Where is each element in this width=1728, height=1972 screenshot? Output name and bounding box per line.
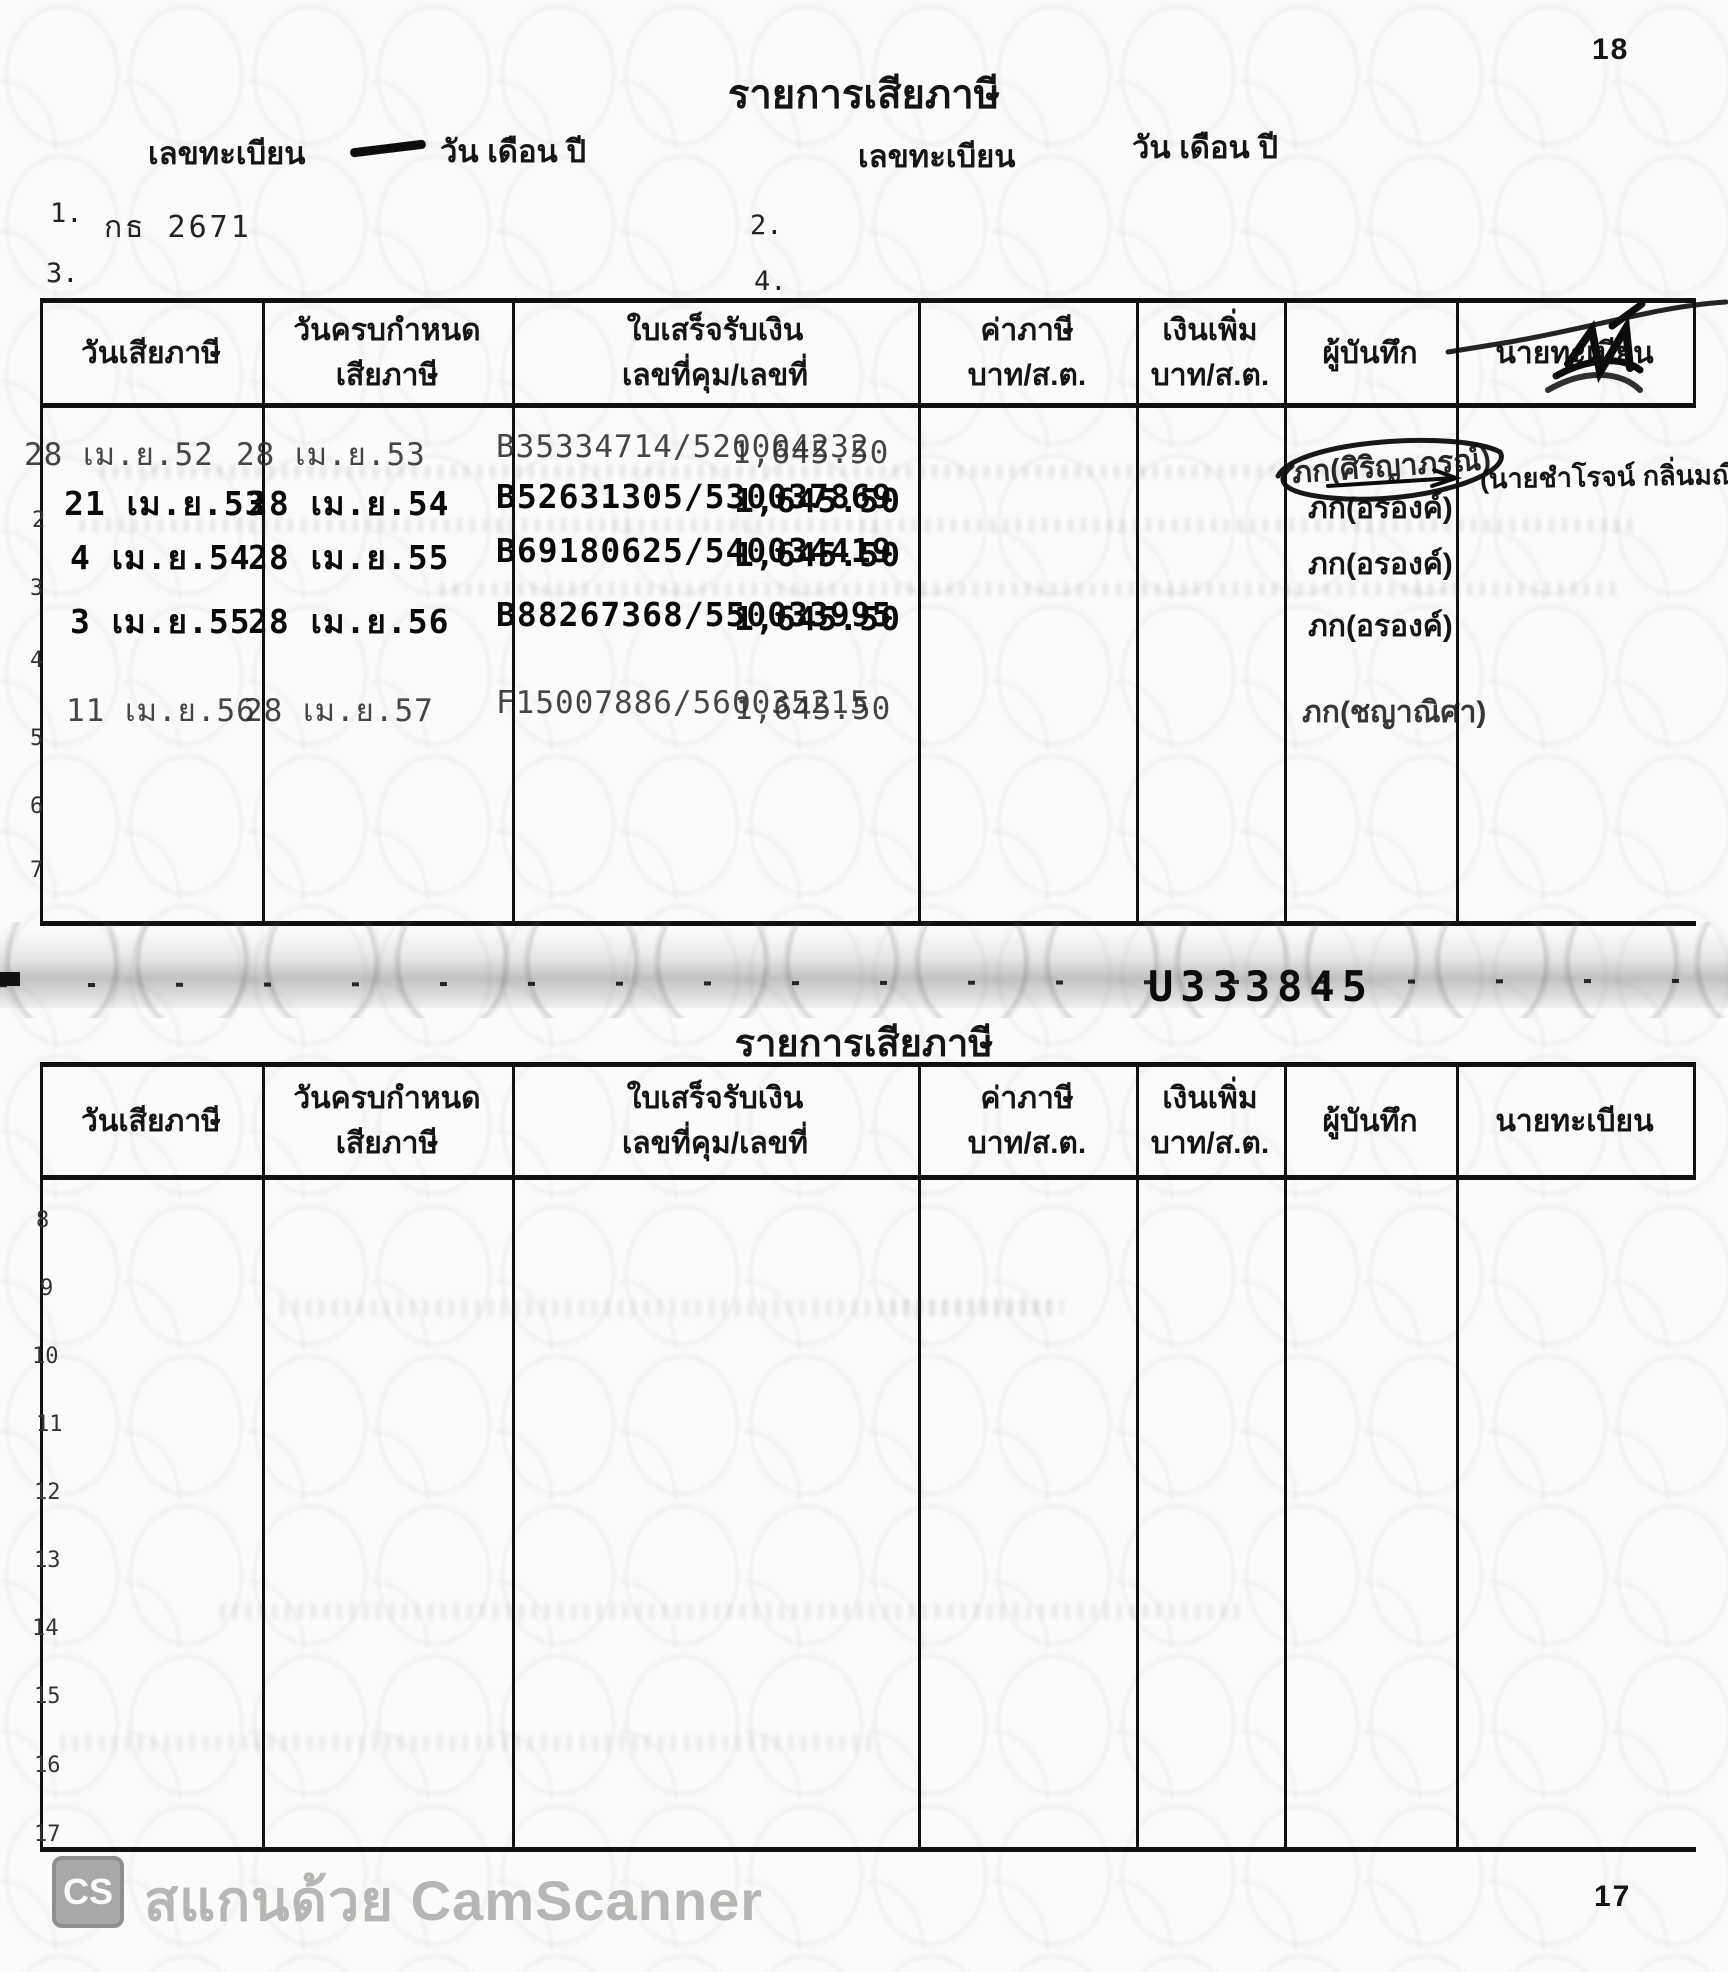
col-header-text: บาท/ส.ต.	[918, 353, 1136, 398]
recorder-scribble	[1262, 424, 1532, 524]
cell-tax-amount: 1,645.50	[734, 535, 901, 574]
cell-tax-amount: 1,645.50	[734, 691, 891, 727]
cell-pay-date: 4 เม.ย.54	[70, 531, 251, 584]
scanned-tax-record-page: 18 รายการเสียภาษี เลขทะเบียน วัน เดือน ป…	[0, 0, 1728, 1972]
cell-tax-amount: 1,645.50	[734, 481, 901, 520]
margin-number: 5	[30, 726, 43, 751]
col-header-text: ผู้บันทึก	[1284, 1099, 1456, 1144]
fold-shadow-band	[0, 930, 1728, 1008]
table2-vline	[1136, 1175, 1139, 1847]
margin-number: 11	[36, 1412, 63, 1437]
col-header-text: วันครบกำหนด	[262, 1076, 512, 1121]
margin-number: 13	[34, 1548, 61, 1573]
photocopy-smudge	[440, 583, 1620, 596]
page-number-bottom: 17	[1594, 1880, 1631, 1914]
camscanner-watermark-text: สแกนด้วย CamScanner	[144, 1856, 763, 1945]
handwritten-dash	[350, 139, 427, 157]
margin-number: 10	[32, 1344, 59, 1369]
col-header-due-date: วันครบกำหนด เสียภาษี	[262, 303, 512, 403]
col-header-surcharge: เงินเพิ่ม บาท/ส.ต.	[1136, 1067, 1284, 1175]
col-header-text: เลขที่คุม/เลขที่	[512, 1121, 918, 1166]
recorder-stamp: ภก(อรองค์)	[1308, 541, 1453, 588]
col-header-tax: ค่าภาษี บาท/ส.ต.	[918, 303, 1136, 403]
table2-vline	[1456, 1175, 1459, 1847]
margin-number: 14	[32, 1616, 59, 1641]
field4-number: 4.	[754, 266, 787, 297]
col-header-text: เสียภาษี	[262, 1121, 512, 1166]
date-label-left: วัน เดือน ปี	[440, 126, 586, 176]
col-header-registrar: นายทะเบียน	[1456, 1067, 1693, 1175]
camscanner-badge-label: CS	[63, 1871, 113, 1913]
table1-vline	[1136, 403, 1139, 921]
col-header-text: ใบเสร็จรับเงิน	[512, 308, 918, 353]
cell-due-date: 28 เม.ย.57	[244, 685, 434, 735]
recorder-stamp: ภก(ชญาณิศา)	[1302, 689, 1486, 736]
cell-due-date: 28 เม.ย.55	[248, 531, 449, 584]
recorder-stamp: ภก(อรองค์)	[1308, 603, 1453, 650]
camscanner-badge-icon: CS	[52, 1856, 124, 1928]
margin-number: 4	[30, 648, 43, 673]
margin-number: 17	[34, 1822, 61, 1847]
col-header-text: เงินเพิ่ม	[1136, 1076, 1284, 1121]
col-header-pay-date: วันเสียภาษี	[40, 303, 262, 403]
edge-mark	[0, 972, 20, 986]
col-header-text: บาท/ส.ต.	[1136, 353, 1284, 398]
col-header-text: เลขที่คุม/เลขที่	[512, 353, 918, 398]
col-header-text: วันเสียภาษี	[40, 331, 262, 376]
col-header-receipt: ใบเสร็จรับเงิน เลขที่คุม/เลขที่	[512, 1067, 918, 1175]
col-header-text: วันครบกำหนด	[262, 308, 512, 353]
table2-header-row: วันเสียภาษี วันครบกำหนด เสียภาษี ใบเสร็จ…	[40, 1067, 1696, 1180]
photocopy-smudge	[100, 465, 1440, 478]
margin-number: 6	[30, 794, 43, 819]
field2-number: 2.	[750, 210, 783, 241]
table2-border-right	[1693, 1067, 1696, 1175]
table2-vline	[1284, 1175, 1287, 1847]
cell-pay-date: 3 เม.ย.55	[70, 595, 251, 648]
col-header-receipt: ใบเสร็จรับเงิน เลขที่คุม/เลขที่	[512, 303, 918, 403]
margin-number: 7	[30, 858, 43, 883]
field1-value: กธ 2671	[104, 204, 252, 251]
registrar-signature	[1360, 268, 1728, 418]
tax-table-2: วันเสียภาษี วันครบกำหนด เสียภาษี ใบเสร็จ…	[40, 1062, 1696, 1852]
col-header-text: นายทะเบียน	[1456, 1099, 1693, 1144]
col-header-tax: ค่าภาษี บาท/ส.ต.	[918, 1067, 1136, 1175]
table2-vline	[918, 1175, 921, 1847]
registration-label-right: เลขทะเบียน	[858, 131, 1016, 181]
col-header-text: บาท/ส.ต.	[1136, 1121, 1284, 1166]
photocopy-smudge	[890, 1299, 1070, 1315]
col-header-text: วันเสียภาษี	[40, 1099, 262, 1144]
col-header-pay-date: วันเสียภาษี	[40, 1067, 262, 1175]
margin-number: 15	[34, 1684, 61, 1709]
fold-stamp-number: U333845	[1148, 962, 1374, 1011]
photocopy-smudge	[60, 1735, 880, 1751]
cell-pay-date: 11 เม.ย.56	[66, 685, 256, 735]
col-header-text: บาท/ส.ต.	[918, 1121, 1136, 1166]
registration-label-left: เลขทะเบียน	[148, 128, 306, 178]
photocopy-smudge	[220, 1603, 1240, 1619]
col-header-text: เสียภาษี	[262, 353, 512, 398]
table1-vline	[918, 403, 921, 921]
col-header-text: เงินเพิ่ม	[1136, 308, 1284, 353]
field1-number: 1.	[50, 198, 83, 229]
margin-number: 8	[36, 1208, 49, 1233]
margin-number: 9	[40, 1276, 53, 1301]
field3-number: 3.	[46, 258, 79, 289]
col-header-text: ค่าภาษี	[918, 308, 1136, 353]
cell-due-date: 28 เม.ย.56	[248, 595, 449, 648]
margin-number: 3	[30, 576, 43, 601]
margin-number: 16	[34, 1753, 61, 1778]
col-header-recorder: ผู้บันทึก	[1284, 1067, 1456, 1175]
table2-body	[40, 1175, 1696, 1852]
col-header-surcharge: เงินเพิ่ม บาท/ส.ต.	[1136, 303, 1284, 403]
margin-number: 12	[34, 1480, 61, 1505]
cell-tax-amount: 1,645.50	[734, 599, 901, 638]
col-header-text: ค่าภาษี	[918, 1076, 1136, 1121]
col-header-due-date: วันครบกำหนด เสียภาษี	[262, 1067, 512, 1175]
section1-title: รายการเสียภาษี	[0, 62, 1728, 126]
date-label-right: วัน เดือน ปี	[1132, 122, 1278, 172]
margin-number: 2	[32, 508, 45, 533]
col-header-text: ใบเสร็จรับเงิน	[512, 1076, 918, 1121]
